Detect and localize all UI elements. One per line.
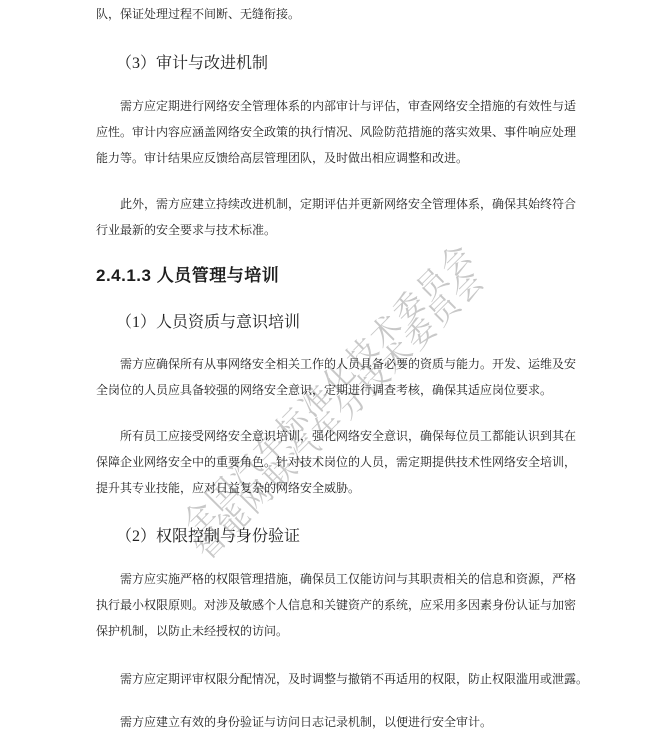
paragraph-line: 保障企业网络安全中的重要角色。针对技术岗位的人员，需定期提供技术性网络安全培训， [96,449,576,475]
sub-heading-text: （3）审计与改进机制 [96,51,576,77]
paragraph-line: 执行最小权限原则。对涉及敏感个人信息和关键资产的系统，应采用多因素身份认证与加密 [96,592,576,618]
paragraph-line: 所有员工应接受网络安全意识培训，强化网络安全意识，确保每位员工都能认识到其在 [96,423,576,449]
sub-heading: （1）人员资质与意识培训 [96,310,576,336]
paragraph-line: 提升其专业技能，应对日益复杂的网络安全威胁。 [96,475,576,501]
paragraph-line: 队，保证处理过程不间断、无缝衔接。 [96,1,576,27]
paragraph: 所有员工应接受网络安全意识培训，强化网络安全意识，确保每位员工都能认识到其在保障… [96,423,576,501]
paragraph-line: 能力等。审计结果应反馈给高层管理团队，及时做出相应调整和改进。 [96,145,576,171]
paragraph: 需方应定期评审权限分配情况，及时调整与撤销不再适用的权限，防止权限滥用或泄露。 [96,666,576,692]
document-page: 全国汽车标准化技术委员会智能网联汽车分技术委员会 队，保证处理过程不间断、无缝衔… [0,0,670,739]
paragraph: 需方应实施严格的权限管理措施，确保员工仅能访问与其职责相关的信息和资源，严格执行… [96,566,576,644]
paragraph-line: 需方应实施严格的权限管理措施，确保员工仅能访问与其职责相关的信息和资源，严格 [96,566,576,592]
sub-heading: （2）权限控制与身份验证 [96,524,576,550]
paragraph: 需方应确保所有从事网络安全相关工作的人员具备必要的资质与能力。开发、运维及安全岗… [96,351,576,403]
sub-heading: （3）审计与改进机制 [96,51,576,77]
paragraph-line: 此外，需方应建立持续改进机制，定期评估并更新网络安全管理体系，确保其始终符合 [96,191,576,217]
sub-heading-text: （1）人员资质与意识培训 [96,310,576,336]
paragraph-line: 应性。审计内容应涵盖网络安全政策的执行情况、风险防范措施的落实效果、事件响应处理 [96,119,576,145]
paragraph-line: 全岗位的人员应具备较强的网络安全意识，定期进行调查考核，确保其适应岗位要求。 [96,377,576,403]
paragraph-line: 需方应定期评审权限分配情况，及时调整与撤销不再适用的权限，防止权限滥用或泄露。 [96,666,576,692]
paragraph-line: 需方应定期进行网络安全管理体系的内部审计与评估，审查网络安全措施的有效性与适 [96,93,576,119]
paragraph-line: 行业最新的安全要求与技术标准。 [96,217,576,243]
paragraph-line: 需方应确保所有从事网络安全相关工作的人员具备必要的资质与能力。开发、运维及安 [96,351,576,377]
section-heading: 2.4.1.3 人员管理与培训 [96,264,576,288]
paragraph: 需方应定期进行网络安全管理体系的内部审计与评估，审查网络安全措施的有效性与适应性… [96,93,576,171]
paragraph: 需方应建立有效的身份验证与访问日志记录机制，以便进行安全审计。 [96,709,576,735]
paragraph-line: 需方应建立有效的身份验证与访问日志记录机制，以便进行安全审计。 [96,709,576,735]
section-heading-text: 2.4.1.3 人员管理与培训 [96,264,576,288]
paragraph: 此外，需方应建立持续改进机制，定期评估并更新网络安全管理体系，确保其始终符合行业… [96,191,576,243]
sub-heading-text: （2）权限控制与身份验证 [96,524,576,550]
paragraph: 队，保证处理过程不间断、无缝衔接。 [96,1,576,27]
paragraph-line: 保护机制，以防止未经授权的访问。 [96,618,576,644]
